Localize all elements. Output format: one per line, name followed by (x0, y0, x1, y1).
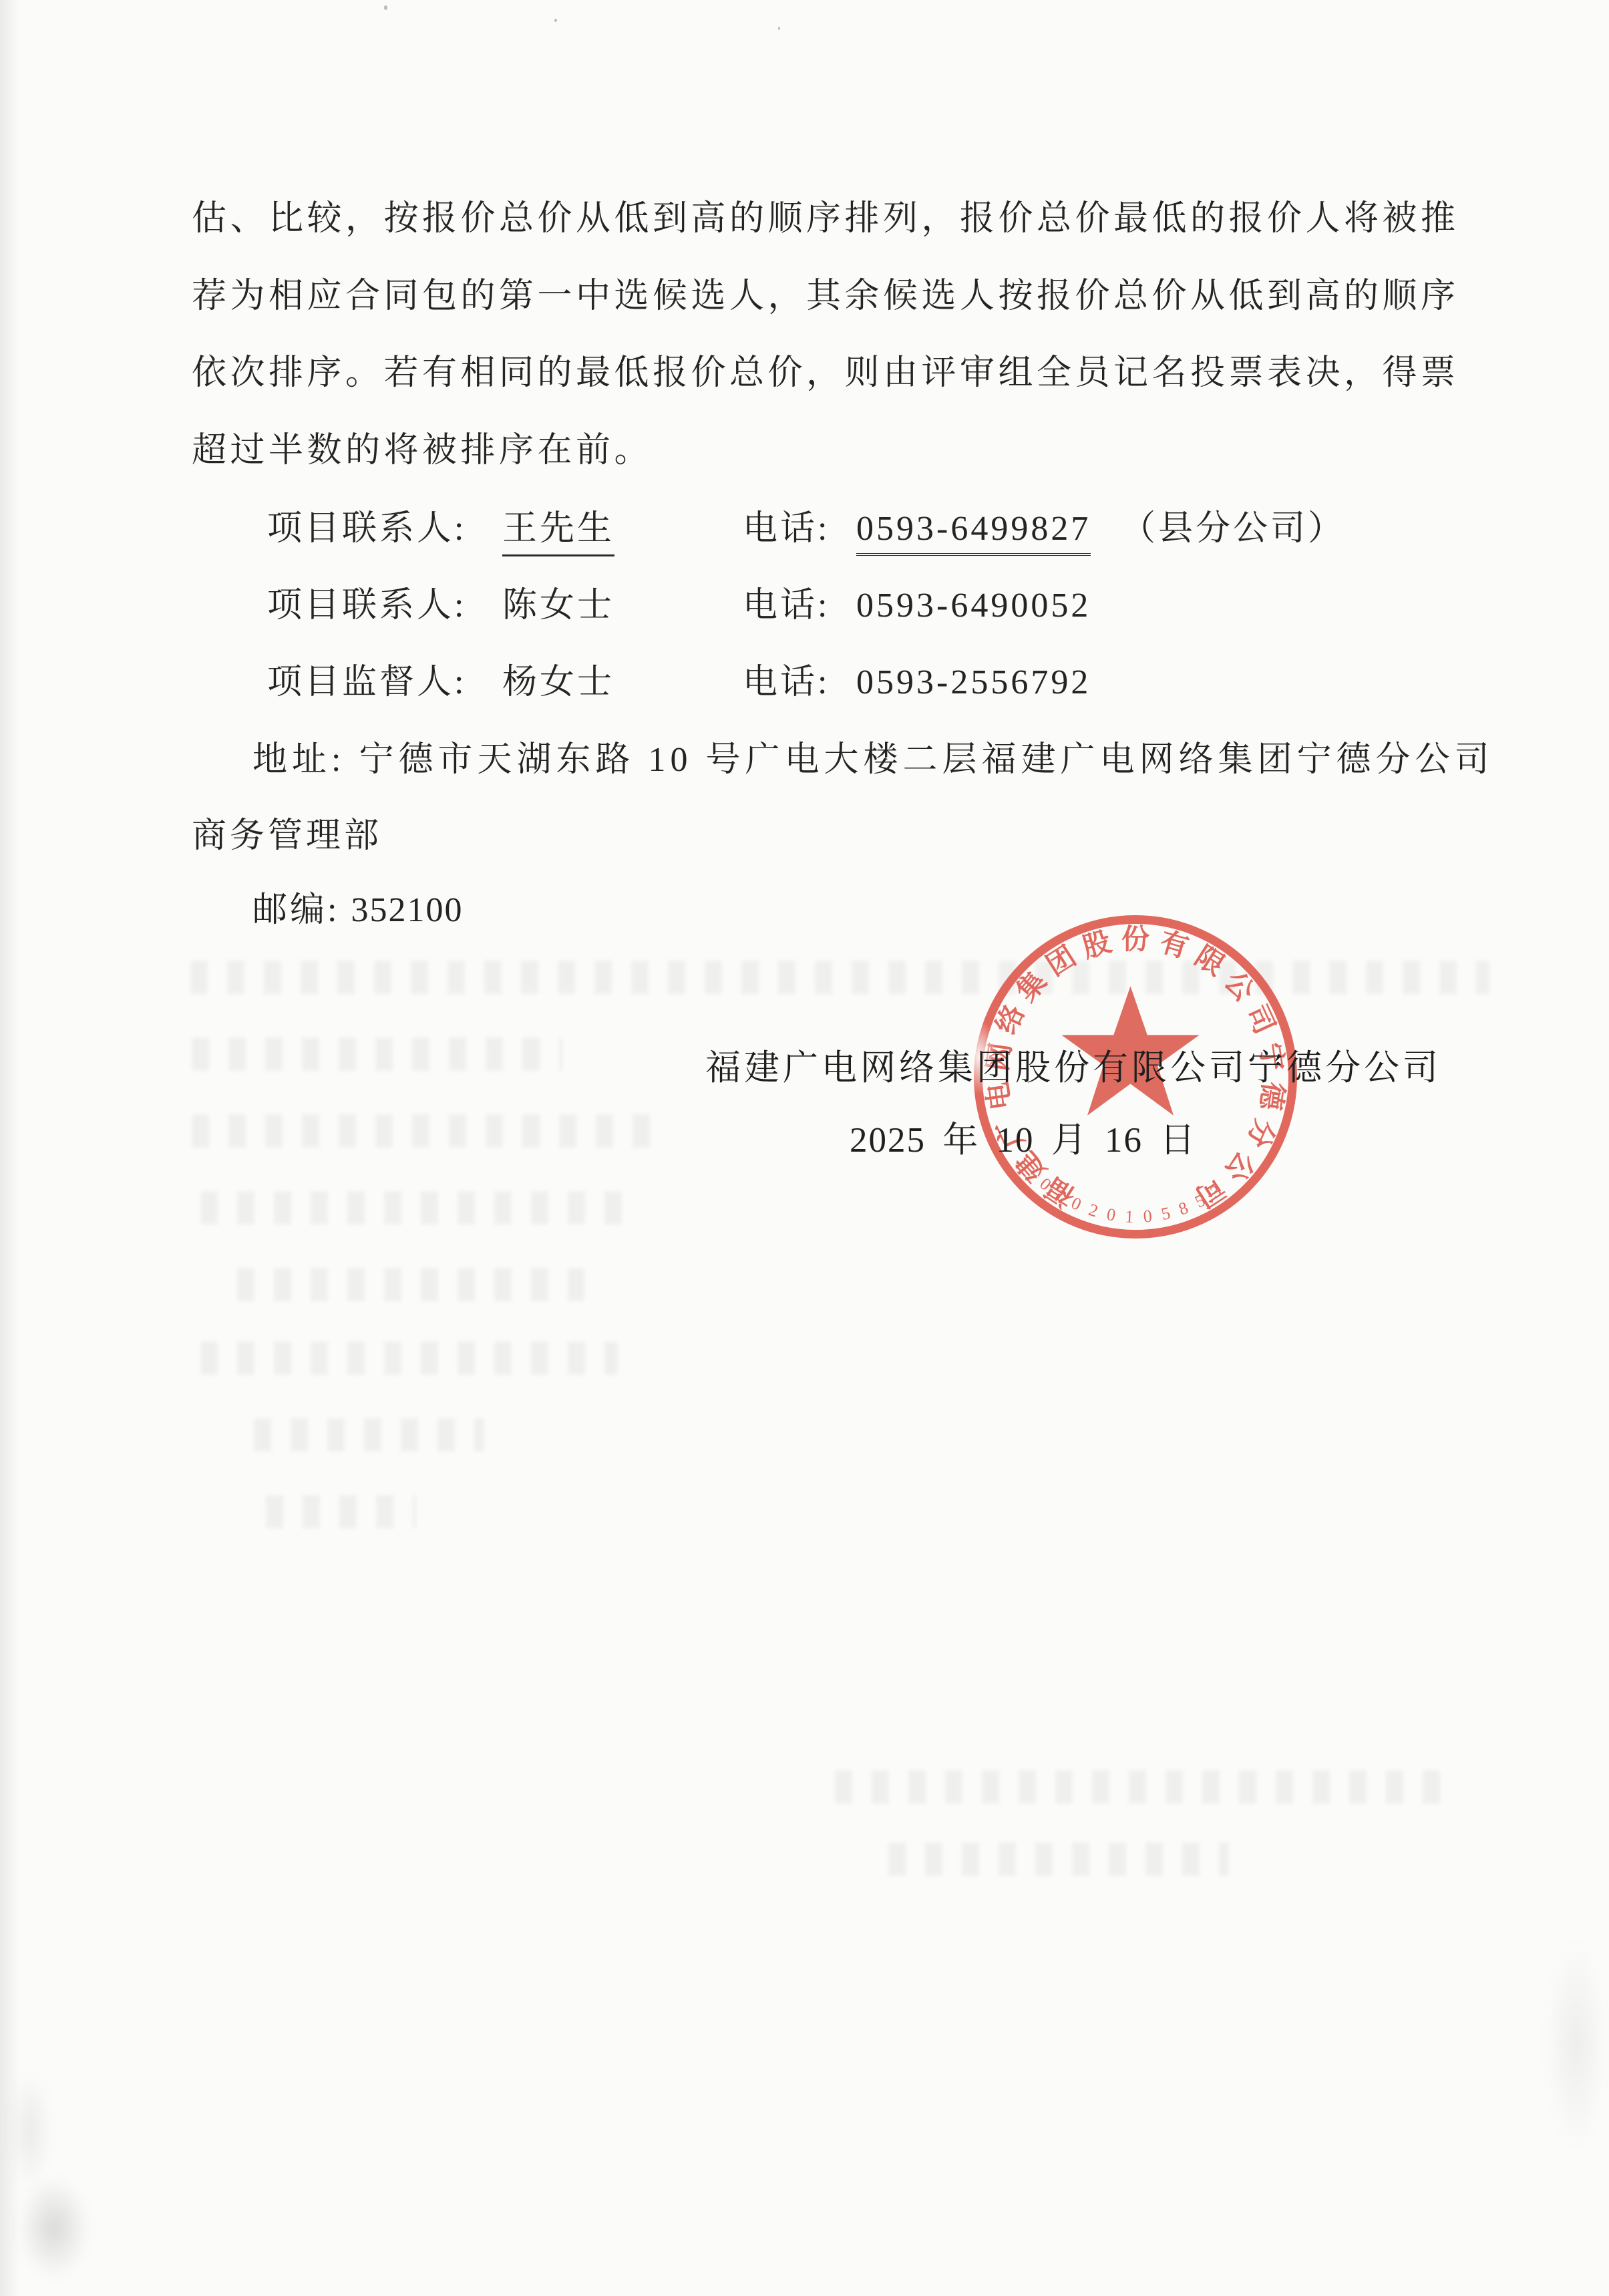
scan-speck (384, 5, 387, 10)
bleed-through-artifact (237, 1268, 584, 1301)
address-line: 地址: 宁德市天湖东路 10 号广电大楼二层福建广电网络集团宁德分公司 (252, 740, 1493, 780)
scanned-document-page: 估、比较，按报价总价从低到高的顺序排列，报价总价最低的报价人将被推 荐为相应合同… (0, 0, 1609, 2296)
bleed-through-artifact (192, 1114, 659, 1148)
signature-date: 2025 年 10 月 16 日 (850, 1112, 1196, 1162)
bleed-through-artifact (192, 1037, 562, 1071)
phone-number: 0593-6490052 (856, 586, 1091, 626)
postcode-label: 邮编: (252, 891, 339, 929)
scan-speck (778, 27, 780, 30)
contact-label: 项目联系人: (267, 586, 466, 626)
address-line-2: 商务管理部 (192, 816, 382, 856)
postcode-value: 352100 (351, 891, 463, 929)
phone-label: 电话: (743, 509, 830, 549)
bleed-through-artifact (200, 1341, 618, 1375)
contact-label: 项目监督人: (267, 663, 466, 703)
contact-suffix: （县分公司） (1121, 509, 1345, 549)
address-value: 宁德市天湖东路 10 号广电大楼二层福建广电网络集团宁德分公司 (359, 741, 1493, 779)
contact-name: 杨女士 (502, 663, 614, 703)
phone-number: 0593-6499827 (856, 509, 1091, 556)
address-label: 地址: (252, 741, 345, 779)
contact-name: 王先生 (502, 509, 614, 556)
phone-label: 电话: (743, 586, 830, 626)
contact-name: 陈女士 (502, 586, 614, 626)
paragraph-line-3: 依次排序。若有相同的最低报价总价，则由评审组全员记名投票表决，得票 (192, 353, 1459, 393)
signature-company: 福建广电网络集团股份有限公司宁德分公司 (705, 1039, 1441, 1090)
paragraph-line-1: 估、比较，按报价总价从低到高的顺序排列，报价总价最低的报价人将被推 (192, 199, 1459, 239)
scan-smudge (0, 2044, 60, 2218)
bleed-through-artifact (888, 1842, 1229, 1876)
scan-speck (554, 19, 557, 22)
scan-edge-shadow (0, 0, 20, 2296)
phone-label: 电话: (743, 663, 830, 703)
phone-number: 0593-2556792 (856, 663, 1091, 703)
scan-smudge (1536, 1904, 1609, 2184)
bleed-through-artifact (266, 1495, 416, 1528)
paragraph-line-4: 超过半数的将被排序在前。 (192, 431, 653, 471)
bleed-through-artifact (835, 1770, 1443, 1804)
contact-label: 项目联系人: (267, 509, 466, 549)
postcode-line: 邮编: 352100 (252, 890, 463, 931)
bleed-through-artifact (254, 1418, 484, 1452)
bleed-through-artifact (200, 1191, 631, 1224)
paragraph-line-2: 荐为相应合同包的第一中选候选人，其余候选人按报价总价从低到高的顺序 (192, 277, 1459, 317)
